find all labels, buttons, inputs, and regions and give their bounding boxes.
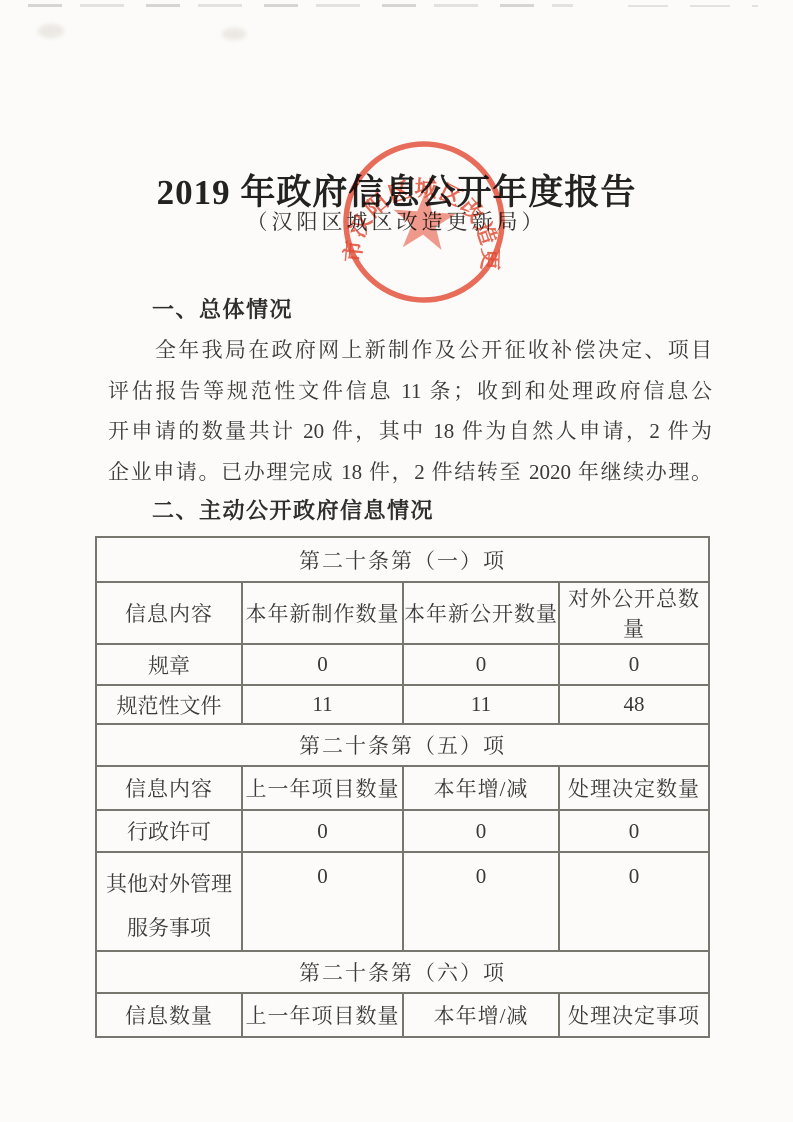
table-row: 其他对外管理服务事项 0 0 0 [96,852,709,951]
table-header-cell: 本年新制作数量 [242,582,403,644]
table-row: 行政许可 0 0 0 [96,810,709,852]
table-cell: 0 [403,810,559,852]
table-caption: 第二十条第（一）项 [96,537,709,582]
scanned-report-page: 2019 年政府信息公开年度报告 （汉阳区城区改造更新局） 武汉市汉阳区城区改造… [0,0,793,1122]
table-header-cell: 处理决定事项 [559,993,709,1037]
table-header-cell: 上一年项目数量 [242,993,403,1037]
scan-artifact [28,4,573,7]
section-2-heading: 二、主动公开政府信息情况 [108,498,718,523]
table-cell: 0 [242,852,403,951]
table-row: 规章 0 0 0 [96,644,709,685]
table-cell: 规范性文件 [96,685,242,724]
table-row: 规范性文件 11 11 48 [96,685,709,724]
table-header-cell: 本年增/减 [403,766,559,810]
table-header-row: 信息数量 上一年项目数量 本年增/减 处理决定事项 [96,993,709,1037]
disclosure-table: 第二十条第（一）项 信息内容 本年新制作数量 本年新公开数量 对外公开总数量 规… [95,536,710,1038]
seal-organization-text: 武汉市汉阳区城区改造更新局 [317,115,513,273]
table-cell: 0 [559,644,709,685]
paragraph-line-2: 评估报告等规范性文件信息 11 条；收到和处理政府信息公 [108,371,712,412]
paragraph-line-4: 企业申请。已办理完成 18 件，2 件结转至 2020 年继续办理。 [108,452,712,493]
paragraph-line-3: 开申请的数量共计 20 件，其中 18 件为自然人申请，2 件为 [108,411,712,452]
table-cell: 0 [403,644,559,685]
table-cell: 0 [242,644,403,685]
table-cell: 11 [242,685,403,724]
table-caption-row: 第二十条第（一）项 [96,537,709,582]
scan-artifact [38,24,64,38]
table-cell: 0 [559,852,709,951]
svg-text:武汉市汉阳区城区改造更新局: 武汉市汉阳区城区改造更新局 [317,115,513,273]
table-caption-row: 第二十条第（六）项 [96,951,709,993]
table-cell: 行政许可 [96,810,242,852]
table-cell: 0 [559,810,709,852]
table-header-cell: 信息数量 [96,993,242,1037]
table-header-cell: 本年增/减 [403,993,559,1037]
table-cell: 规章 [96,644,242,685]
table-header-cell: 信息内容 [96,766,242,810]
scan-artifact [628,5,758,7]
scan-artifact [222,28,246,40]
table-cell: 11 [403,685,559,724]
table-cell: 其他对外管理服务事项 [96,852,242,951]
table-caption: 第二十条第（六）项 [96,951,709,993]
table-caption: 第二十条第（五）项 [96,724,709,766]
overview-paragraph: 全年我局在政府网上新制作及公开征收补偿决定、项目 评估报告等规范性文件信息 11… [108,330,712,492]
table-cell: 0 [403,852,559,951]
table-header-row: 信息内容 上一年项目数量 本年增/减 处理决定数量 [96,766,709,810]
table-header-cell: 处理决定数量 [559,766,709,810]
table-header-cell: 对外公开总数量 [559,582,709,644]
table-caption-row: 第二十条第（五）项 [96,724,709,766]
table-header-cell: 信息内容 [96,582,242,644]
paragraph-line-1: 全年我局在政府网上新制作及公开征收补偿决定、项目 [108,330,712,371]
table-header-cell: 上一年项目数量 [242,766,403,810]
table-cell: 48 [559,685,709,724]
table-header-cell: 本年新公开数量 [403,582,559,644]
section-1-heading: 一、总体情况 [108,297,718,322]
table-header-row: 信息内容 本年新制作数量 本年新公开数量 对外公开总数量 [96,582,709,644]
table-cell: 0 [242,810,403,852]
